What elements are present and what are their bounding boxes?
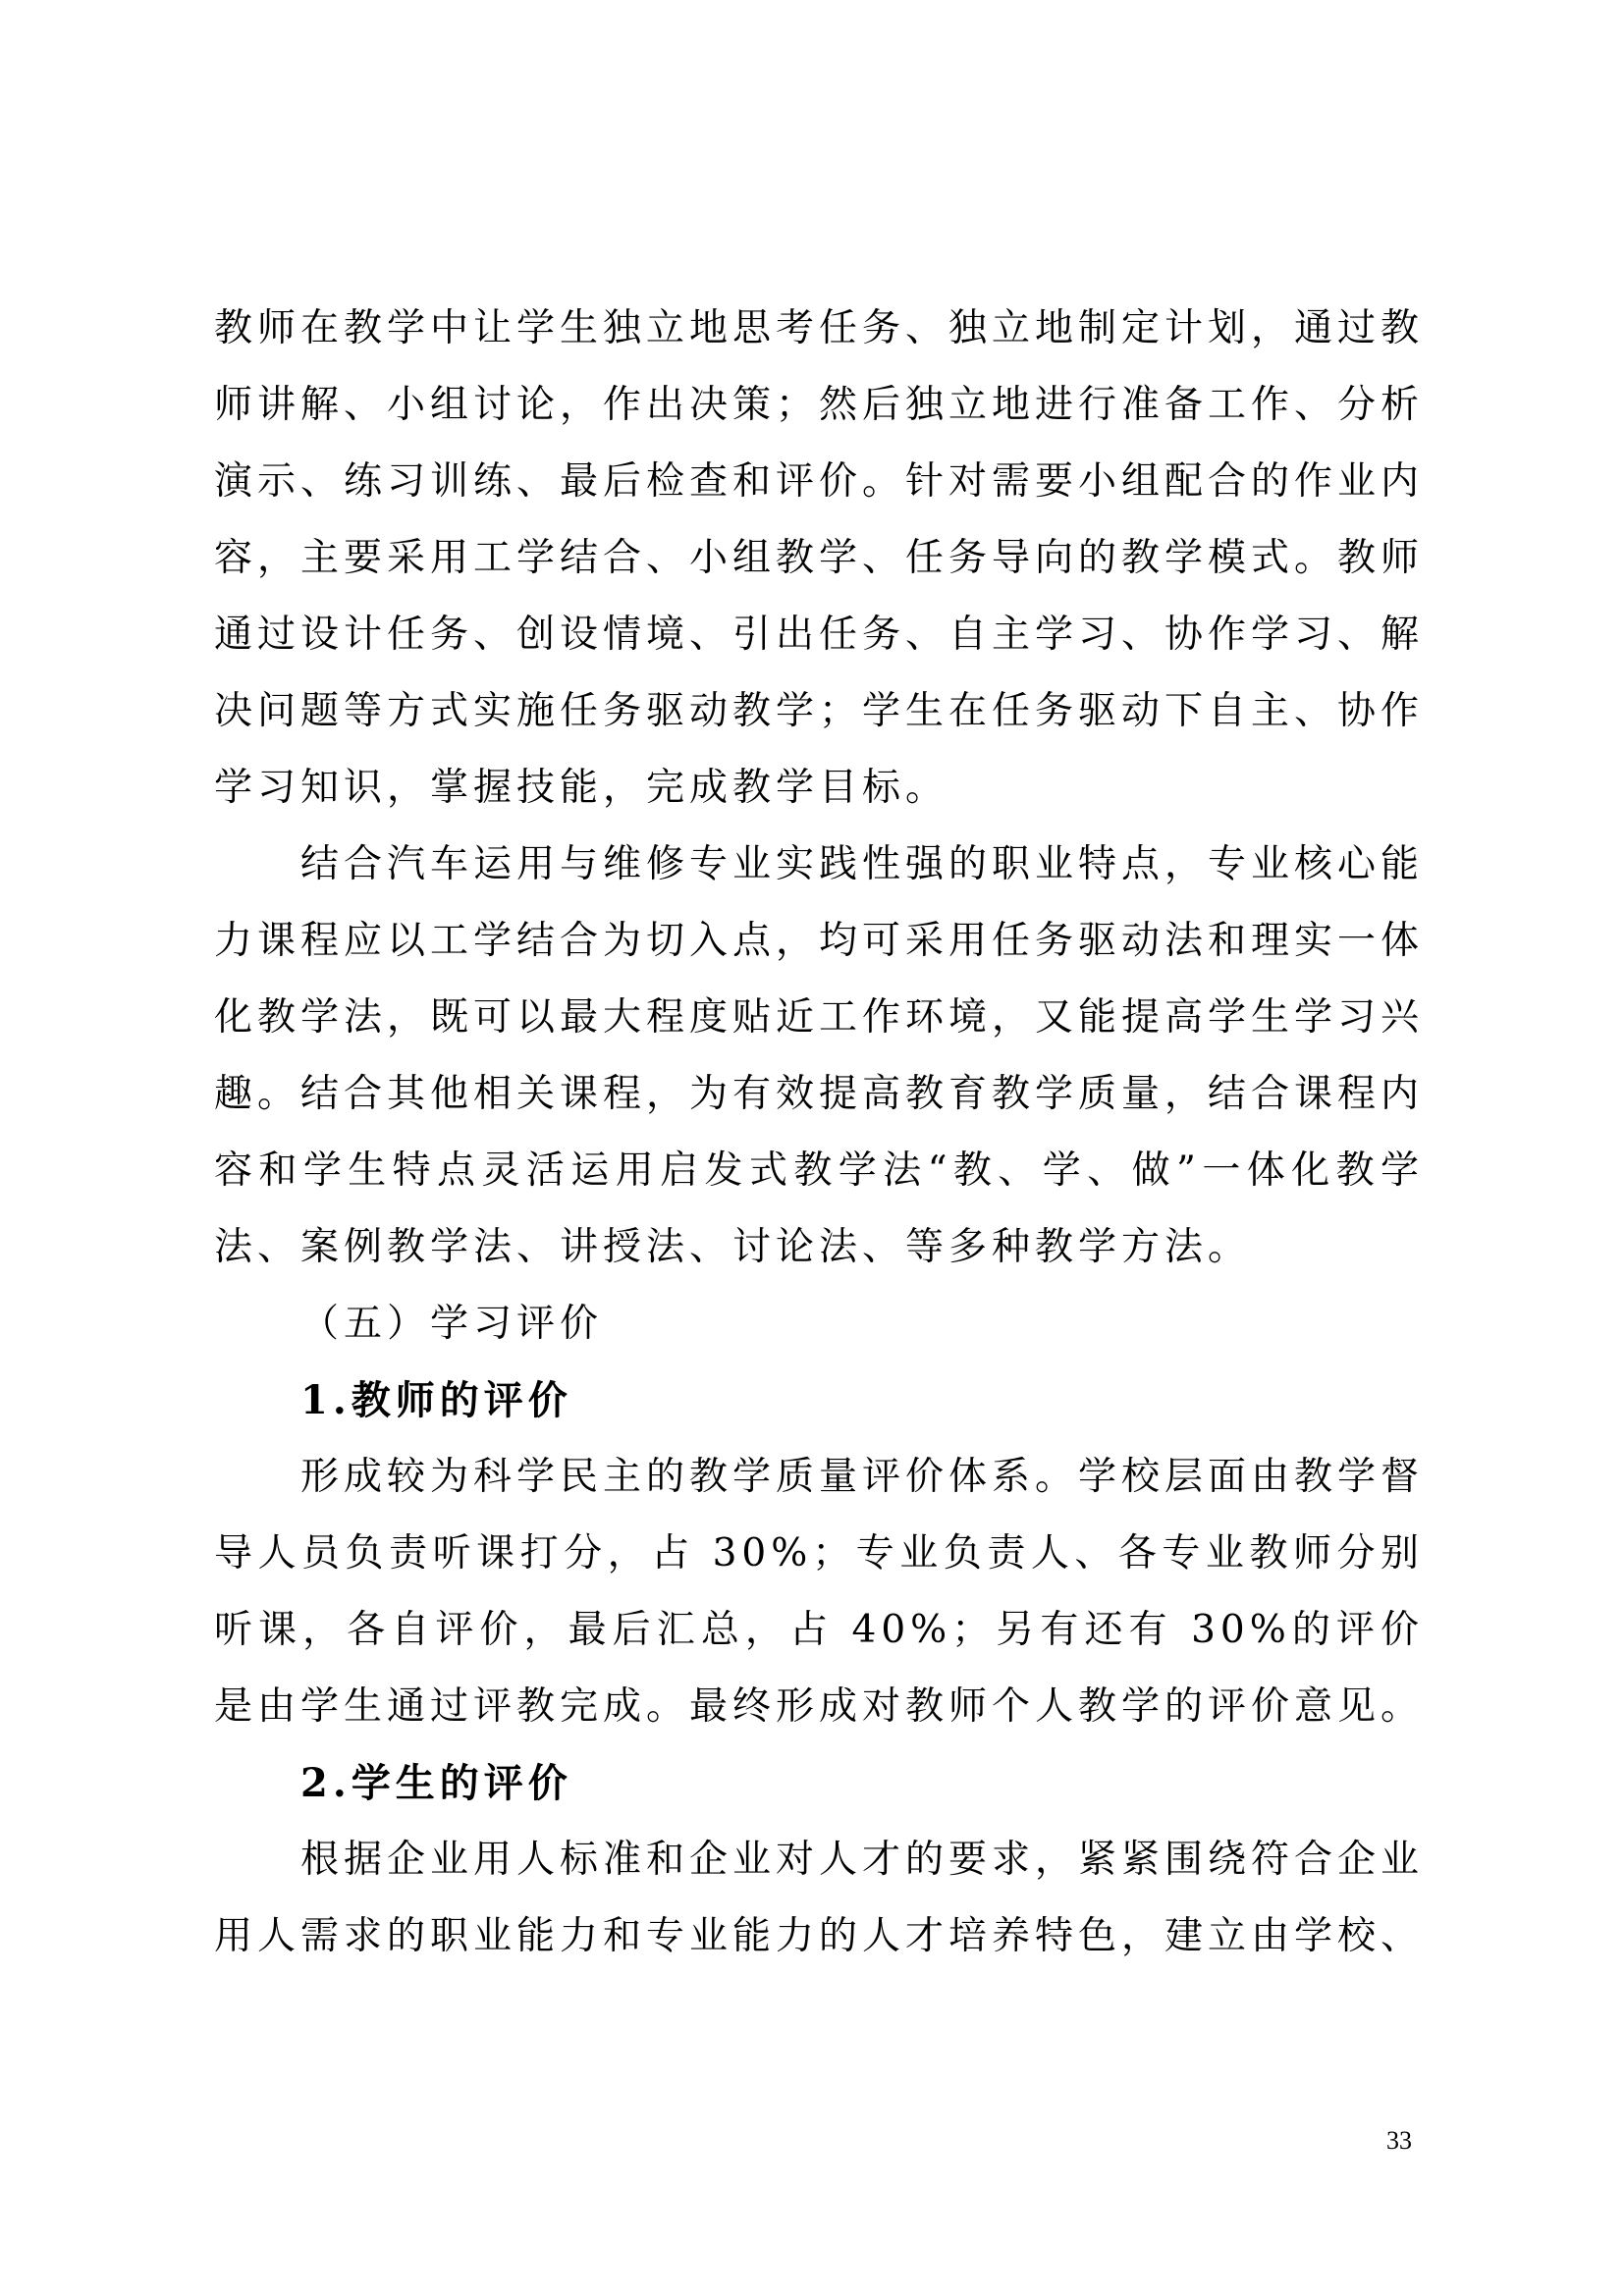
section-title-learning-evaluation: （五）学习评价 bbox=[214, 1286, 1424, 1362]
subsection-title-student-evaluation: 2.学生的评价 bbox=[214, 1745, 1424, 1822]
document-page: 教师在教学中让学生独立地思考任务、独立地制定计划，通过教师讲解、小组讨论，作出决… bbox=[0, 0, 1624, 2296]
page-content: 教师在教学中让学生独立地思考任务、独立地制定计划，通过教师讲解、小组讨论，作出决… bbox=[214, 291, 1424, 1975]
paragraph-teacher-evaluation: 形成较为科学民主的教学质量评价体系。学校层面由教学督导人员负责听课打分，占 30… bbox=[214, 1439, 1424, 1745]
paragraph-teaching-methods: 结合汽车运用与维修专业实践性强的职业特点，专业核心能力课程应以工学结合为切入点，… bbox=[214, 827, 1424, 1286]
page-number: 33 bbox=[1386, 2126, 1412, 2156]
paragraph-task-driven-teaching: 教师在教学中让学生独立地思考任务、独立地制定计划，通过教师讲解、小组讨论，作出决… bbox=[214, 291, 1424, 827]
subsection-title-teacher-evaluation: 1.教师的评价 bbox=[214, 1362, 1424, 1439]
paragraph-student-evaluation: 根据企业用人标准和企业对人才的要求，紧紧围绕符合企业用人需求的职业能力和专业能力… bbox=[214, 1822, 1424, 1975]
